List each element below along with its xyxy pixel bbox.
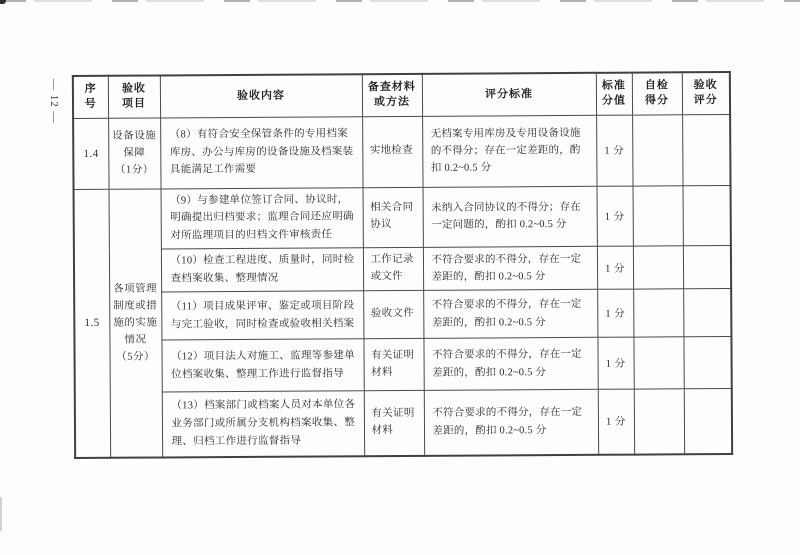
table-header-row: 序 号 验收 项目 验收内容 备查材料 或方法 评分标准 标准 分值 自检 得分… <box>73 72 730 118</box>
self-score-cell-item-8 <box>632 114 682 185</box>
content-cell-item-13: （13）档案部门或档案人员对本单位各业务部门或所属分支机构档案收集、整理、归档工… <box>162 391 364 457</box>
criteria-cell-item-12: 不符合要求的不得分，存在一定差距的，酌扣 0.2~0.5 分 <box>423 337 597 390</box>
col-header-criteria: 评分标准 <box>422 73 596 116</box>
table-row-item-12: （12）项目法人对施工、监理等参建单位档案收集、整理工作进行监督指导 有关证明 … <box>74 337 731 393</box>
table-row-item-9: 1.5 各项管理 制度或措 施的实施 情况 （5分） （9）与参建单位签订合同、… <box>74 185 731 250</box>
scan-left-smudge-artifact <box>0 497 2 531</box>
standard-score-cell-item-9: 1 分 <box>597 186 633 247</box>
criteria-cell-item-10: 不符合要求的不得分，存在一定差距的，酌扣 0.2~0.5 分 <box>423 246 597 290</box>
standard-score-cell-item-8: 1 分 <box>596 115 632 186</box>
criteria-cell-item-9: 未纳入合同协议的不得分；存在一定问题的，酌扣 0.2~0.5 分 <box>423 186 597 248</box>
method-cell-item-9: 相关合同 协议 <box>363 187 423 248</box>
acceptance-table-wrap: 序 号 验收 项目 验收内容 备查材料 或方法 评分标准 标准 分值 自检 得分… <box>72 71 733 459</box>
self-score-cell-item-12 <box>633 337 683 389</box>
method-cell-item-13: 有关证明 材料 <box>364 390 424 455</box>
col-header-acceptance-score: 验收 评分 <box>682 72 730 114</box>
standard-score-cell-item-10: 1 分 <box>597 246 633 289</box>
project-cell-1-4: 设备设施 保障 （1分） <box>108 117 160 188</box>
self-score-cell-item-10 <box>633 246 683 289</box>
method-cell-item-10: 工作记录 或文件 <box>363 247 423 290</box>
content-cell-item-12: （12）项目法人对施工、监理等参建单位档案收集、整理工作进行监督指导 <box>161 339 363 392</box>
self-score-cell-item-9 <box>633 185 683 246</box>
standard-score-cell-item-12: 1 分 <box>597 337 633 389</box>
table-row-item-11: （11）项目成果评审、鉴定或项目阶段与完工验收，同时检查或验收相关档案 验收文件… <box>74 289 731 341</box>
col-header-serial-no: 序 号 <box>73 76 108 118</box>
self-score-cell-item-13 <box>634 389 684 454</box>
col-header-project: 验收 项目 <box>108 75 160 117</box>
method-cell-item-12: 有关证明 材料 <box>363 338 423 390</box>
standard-score-cell-item-13: 1 分 <box>598 389 634 454</box>
acceptance-score-cell-item-13 <box>684 389 732 454</box>
scan-edge-artifact <box>0 0 800 2</box>
table-row-item-10: （10）检查工程进度、质量时，同时检查档案收集、整理情况 工作记录 或文件 不符… <box>74 246 731 293</box>
criteria-cell-item-11: 不符合要求的不得分，存在一定差距的，酌扣 0.2~0.5 分 <box>423 289 597 338</box>
scanned-document-page: — 12 — 序 号 验收 项目 验收内容 备查材料 或方法 评分标准 标准 分… <box>0 0 800 555</box>
col-header-materials: 备查材料 或方法 <box>362 74 422 116</box>
serial-cell-1-5: 1.5 <box>74 189 111 458</box>
acceptance-score-cell-item-8 <box>682 114 730 185</box>
method-cell-item-8: 实地检查 <box>362 116 422 187</box>
col-header-standard-score: 标准 分值 <box>596 73 632 115</box>
content-cell-item-11: （11）项目成果评审、鉴定或项目阶段与完工验收，同时检查或验收相关档案 <box>161 291 363 340</box>
content-cell-item-10: （10）检查工程进度、质量时，同时检查档案收集、整理情况 <box>161 248 363 292</box>
criteria-cell-item-13: 不符合要求的不得分，存在一定差距的，酌扣 0.2~0.5 分 <box>424 389 598 455</box>
col-header-self-score: 自检 得分 <box>632 72 682 114</box>
table-row-item-8: 1.4 设备设施 保障 （1分） （8）有符合安全保管条件的专用档案库房、办公与… <box>73 114 730 189</box>
method-cell-item-11: 验收文件 <box>363 290 423 338</box>
acceptance-score-cell-item-12 <box>683 337 731 389</box>
scan-corner-dot-artifact <box>0 0 6 4</box>
table-row-item-13: （13）档案部门或档案人员对本单位各业务部门或所属分支机构档案收集、整理、归档工… <box>75 389 732 458</box>
acceptance-score-cell-item-11 <box>683 289 731 337</box>
acceptance-score-cell-item-9 <box>683 185 731 246</box>
col-header-content: 验收内容 <box>160 74 362 117</box>
content-cell-item-9: （9）与参建单位签订合同、协议时，明确提出归档要求；监理合同还应明确对所监理项目… <box>161 187 363 249</box>
content-cell-item-8: （8）有符合安全保管条件的专用档案库房、办公与库房的设备设施及档案装具能满足工作… <box>160 116 362 188</box>
standard-score-cell-item-11: 1 分 <box>597 289 633 337</box>
acceptance-score-table: 序 号 验收 项目 验收内容 备查材料 或方法 评分标准 标准 分值 自检 得分… <box>72 71 733 459</box>
page-number: — 12 — <box>46 79 60 123</box>
acceptance-score-cell-item-10 <box>683 246 731 289</box>
self-score-cell-item-11 <box>633 289 683 337</box>
project-cell-1-5: 各项管理 制度或措 施的实施 情况 （5分） <box>109 188 163 457</box>
criteria-cell-item-8: 无档案专用库房及专用设备设施的不得分；存在一定差距的，酌扣 0.2~0.5 分 <box>422 115 596 187</box>
serial-cell-1-4: 1.4 <box>73 118 108 189</box>
